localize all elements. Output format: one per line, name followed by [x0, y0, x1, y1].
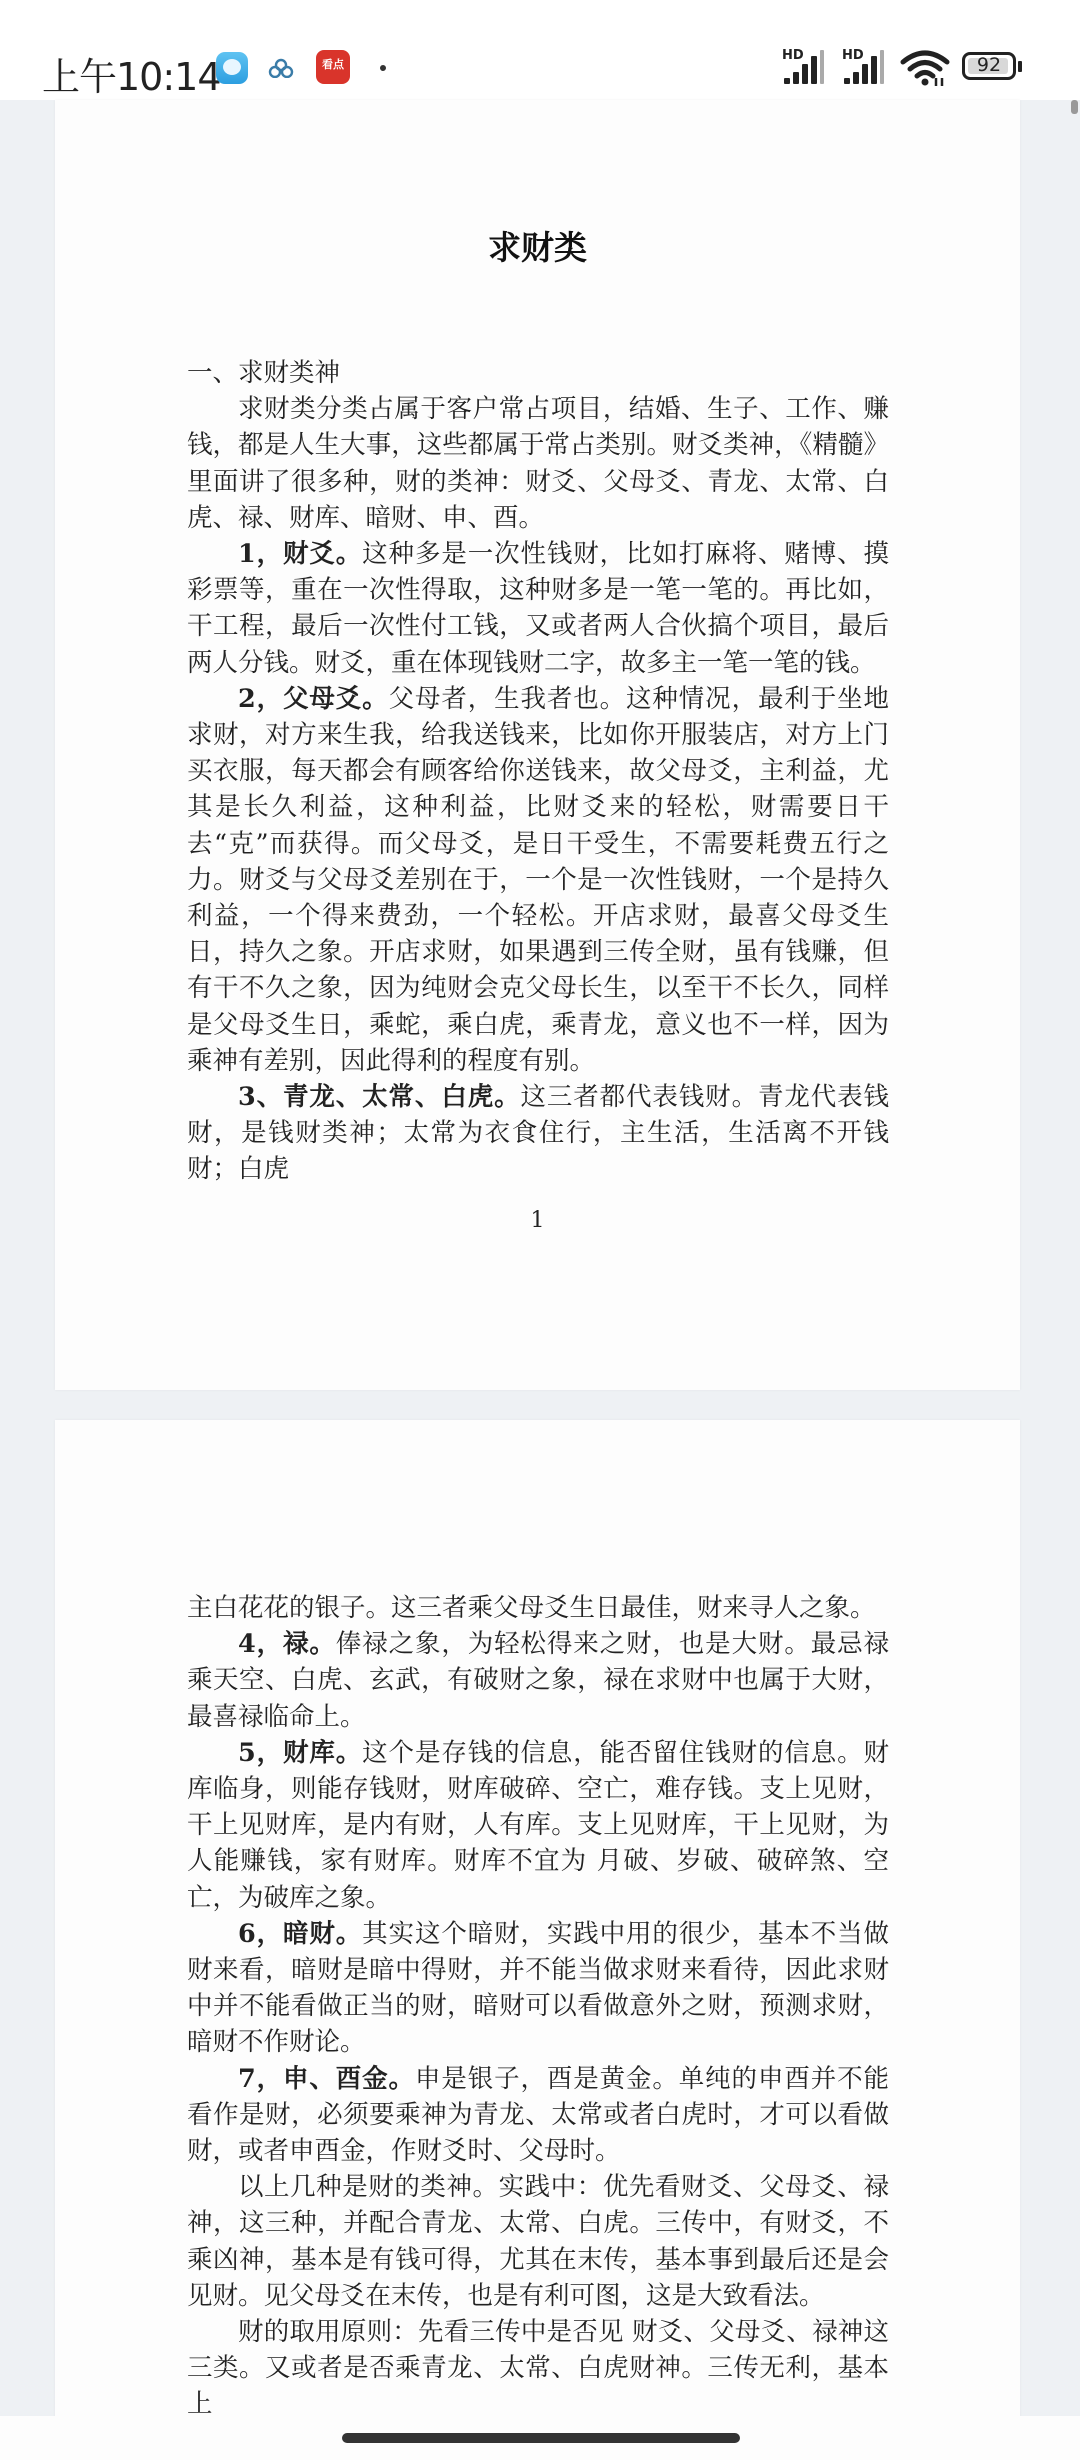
paragraph: 3、青龙、太常、白虎。这三者都代表钱财。青龙代表钱财，是钱财类神；太常为衣食住行…	[187, 1079, 889, 1188]
kandian-app-icon: 看点	[316, 50, 350, 84]
paragraph: 财的取用原则：先看三传中是否见 财爻、父母爻、禄神这三类。又或者是否乘青龙、太常…	[187, 2314, 889, 2423]
home-gesture-bar[interactable]	[342, 2433, 740, 2443]
page-2-body: 主白花花的银子。这三者乘父母爻生日最佳，财来寻人之象。 4，禄。俸禄之象，为轻松…	[187, 1590, 889, 2423]
paragraph: 以上几种是财的类神。实践中：优先看财爻、父母爻、禄神，这三种，并配合青龙、太常、…	[187, 2169, 889, 2314]
document-title: 求财类	[55, 222, 1020, 269]
status-bar: 上午10:14 看点 HD HD 92	[0, 0, 1080, 100]
hd-label: HD	[782, 48, 804, 63]
cellular-signal-2-icon: HD	[842, 48, 894, 84]
scrollbar-thumb[interactable]	[1071, 100, 1078, 114]
more-dot-icon	[380, 65, 386, 71]
paragraph: 5，财库。这个是存钱的信息，能否留住钱财的信息。财库临身，则能存钱财，财库破碎、…	[187, 1735, 889, 1916]
paragraph: 求财类分类占属于客户常占项目，结婚、生子、工作、赚钱，都是人生大事，这些都属于常…	[187, 391, 889, 536]
wifi-icon	[900, 50, 950, 86]
paragraph: 主白花花的银子。这三者乘父母爻生日最佳，财来寻人之象。	[187, 1590, 889, 1626]
document-page-2: 主白花花的银子。这三者乘父母爻生日最佳，财来寻人之象。 4，禄。俸禄之象，为轻松…	[55, 1420, 1020, 2460]
page-number: 1	[55, 1208, 1020, 1233]
paragraph: 1，财爻。这种多是一次性钱财，比如打麻将、赌博、摸彩票等，重在一次性得取，这种财…	[187, 536, 889, 681]
hd-label: HD	[842, 48, 864, 63]
cellular-signal-1-icon: HD	[782, 48, 834, 84]
paragraph: 2，父母爻。父母者，生我者也。这种情况，最利于坐地求财，对方来生我，给我送钱来，…	[187, 681, 889, 1079]
battery-cap	[1018, 61, 1022, 72]
section-heading: 一、求财类神	[187, 355, 889, 391]
battery-icon: 92	[962, 52, 1016, 80]
paragraph: 6，暗财。其实这个暗财，实践中用的很少，基本不当做财来看，暗财是暗中得财，并不能…	[187, 1916, 889, 2061]
document-page-1: 求财类 一、求财类神 求财类分类占属于客户常占项目，结婚、生子、工作、赚钱，都是…	[55, 100, 1020, 1390]
status-time: 上午10:14	[42, 46, 221, 101]
cloud-app-icon	[268, 58, 294, 78]
battery-percent: 92	[965, 54, 1013, 76]
paragraph: 7，申、酉金。申是银子，酉是黄金。单纯的申酉并不能看作是财，必须要乘神为青龙、太…	[187, 2061, 889, 2170]
paragraph: 4，禄。俸禄之象，为轻松得来之财，也是大财。最忌禄乘天空、白虎、玄武，有破财之象…	[187, 1626, 889, 1735]
page-1-body: 一、求财类神 求财类分类占属于客户常占项目，结婚、生子、工作、赚钱，都是人生大事…	[187, 355, 889, 1188]
message-bubble-icon	[216, 52, 248, 84]
